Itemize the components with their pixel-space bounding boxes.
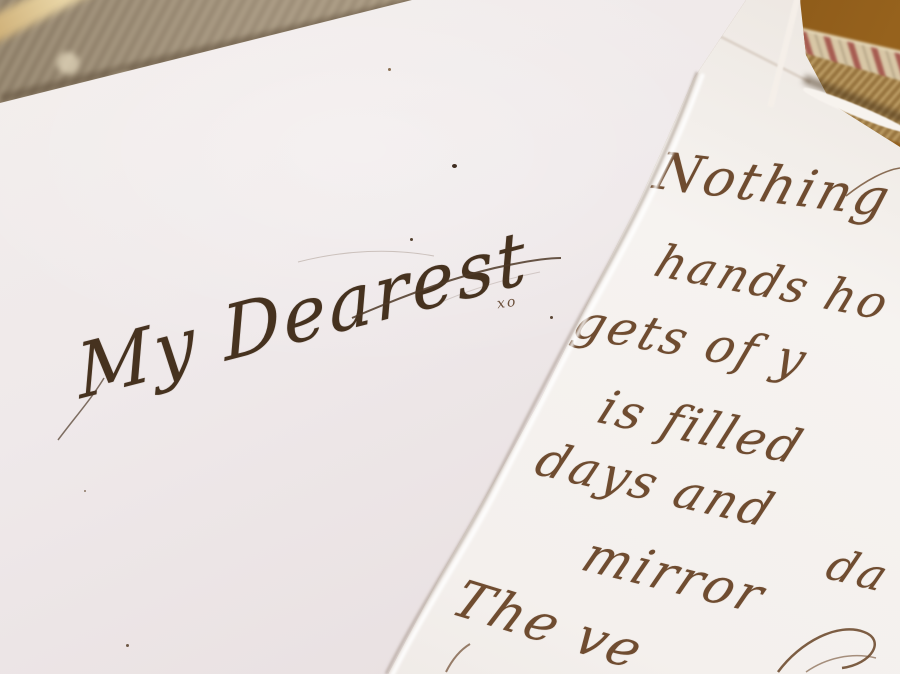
script-line-3: gets of y	[567, 298, 814, 384]
script-line-1: Nothing	[649, 146, 898, 225]
ink-speck	[550, 316, 553, 319]
script-line-7: mirror	[575, 530, 773, 621]
ink-speck	[452, 164, 457, 168]
photo-scene: My Dearest xo Nothing hands ho gets of y…	[0, 0, 900, 674]
calligraphy-title: My Dearest	[74, 220, 532, 411]
ink-speck	[388, 68, 391, 71]
xo-mark: xo	[496, 294, 518, 313]
ink-speck	[126, 644, 129, 647]
ink-speck	[84, 490, 86, 492]
ink-speck	[410, 238, 413, 241]
script-line-6: da	[820, 544, 897, 599]
